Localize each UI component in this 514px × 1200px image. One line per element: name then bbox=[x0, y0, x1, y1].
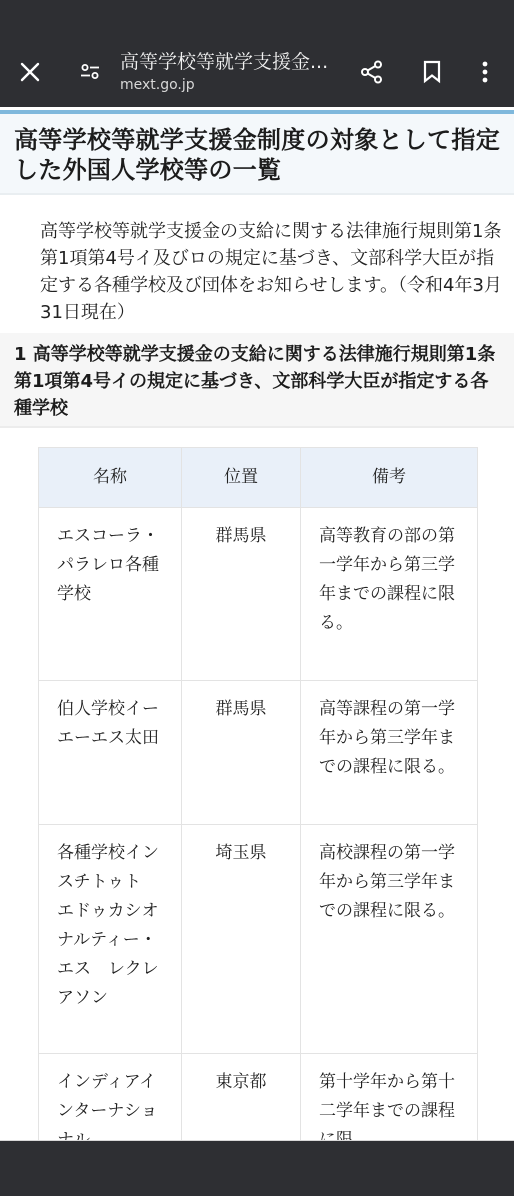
cell-name: エスコーラ・パラレロ各種学校 bbox=[39, 508, 182, 681]
table-row: エスコーラ・パラレロ各種学校 群馬県 高等教育の部の第一学年から第三学年までの課… bbox=[39, 508, 478, 681]
bottom-edge bbox=[0, 1196, 514, 1200]
section-1-heading: 1 高等学校等就学支援金の支給に関する法律施行規則第1条第1項第4号イの規定に基… bbox=[14, 341, 500, 422]
more-menu-button[interactable] bbox=[465, 52, 505, 92]
column-header-note: 備考 bbox=[301, 448, 478, 508]
tune-icon bbox=[78, 60, 102, 84]
site-settings-button[interactable] bbox=[70, 52, 110, 92]
bookmark-button[interactable] bbox=[412, 52, 452, 92]
intro-paragraph: 高等学校等就学支援金の支給に関する法律施行規則第1条第1項第4号イ及びロの規定に… bbox=[40, 218, 504, 326]
cell-location: 群馬県 bbox=[182, 681, 301, 825]
close-button[interactable] bbox=[10, 52, 50, 92]
cell-location: 埼玉県 bbox=[182, 825, 301, 1054]
more-vert-icon bbox=[481, 60, 489, 84]
custom-tab-toolbar: 高等学校等就学支援金... mext.go.jp bbox=[0, 0, 514, 107]
column-header-location: 位置 bbox=[182, 448, 301, 508]
column-header-name: 名称 bbox=[39, 448, 182, 508]
cell-note: 高等課程の第一学年から第三学年までの課程に限る。 bbox=[301, 681, 478, 825]
share-icon bbox=[359, 59, 385, 85]
cell-name: 各種学校インスチトゥト エドゥカシオナルティー・エス レクレアソン bbox=[39, 825, 182, 1054]
table-row: 各種学校インスチトゥト エドゥカシオナルティー・エス レクレアソン 埼玉県 高校… bbox=[39, 825, 478, 1054]
bookmark-icon bbox=[421, 59, 443, 85]
tab-url: mext.go.jp bbox=[120, 75, 340, 95]
table-header-row: 名称 位置 備考 bbox=[39, 448, 478, 508]
browser-screen: 高等学校等就学支援金... mext.go.jp bbox=[0, 0, 514, 1200]
cell-location: 群馬県 bbox=[182, 508, 301, 681]
designated-schools-table: 名称 位置 備考 エスコーラ・パラレロ各種学校 群馬県 高等教育の部の第一学年か… bbox=[38, 447, 478, 1176]
cell-note: 高等教育の部の第一学年から第三学年までの課程に限る。 bbox=[301, 508, 478, 681]
section-heading-box: 1 高等学校等就学支援金の支給に関する法律施行規則第1条第1項第4号イの規定に基… bbox=[0, 333, 514, 428]
tab-title: 高等学校等就学支援金... bbox=[120, 50, 340, 74]
close-icon bbox=[19, 61, 41, 83]
bottom-navigation-bar bbox=[0, 1140, 514, 1196]
page-heading-box: 高等学校等就学支援金制度の対象として指定した外国人学校等の一覧 bbox=[0, 114, 514, 195]
cell-note: 高校課程の第一学年から第三学年までの課程に限る。 bbox=[301, 825, 478, 1054]
page-title: 高等学校等就学支援金制度の対象として指定した外国人学校等の一覧 bbox=[14, 125, 500, 185]
page-title-area[interactable]: 高等学校等就学支援金... mext.go.jp bbox=[120, 50, 340, 95]
table-row: 伯人学校イーエーエス太田 群馬県 高等課程の第一学年から第三学年までの課程に限る… bbox=[39, 681, 478, 825]
share-button[interactable] bbox=[352, 52, 392, 92]
cell-name: 伯人学校イーエーエス太田 bbox=[39, 681, 182, 825]
